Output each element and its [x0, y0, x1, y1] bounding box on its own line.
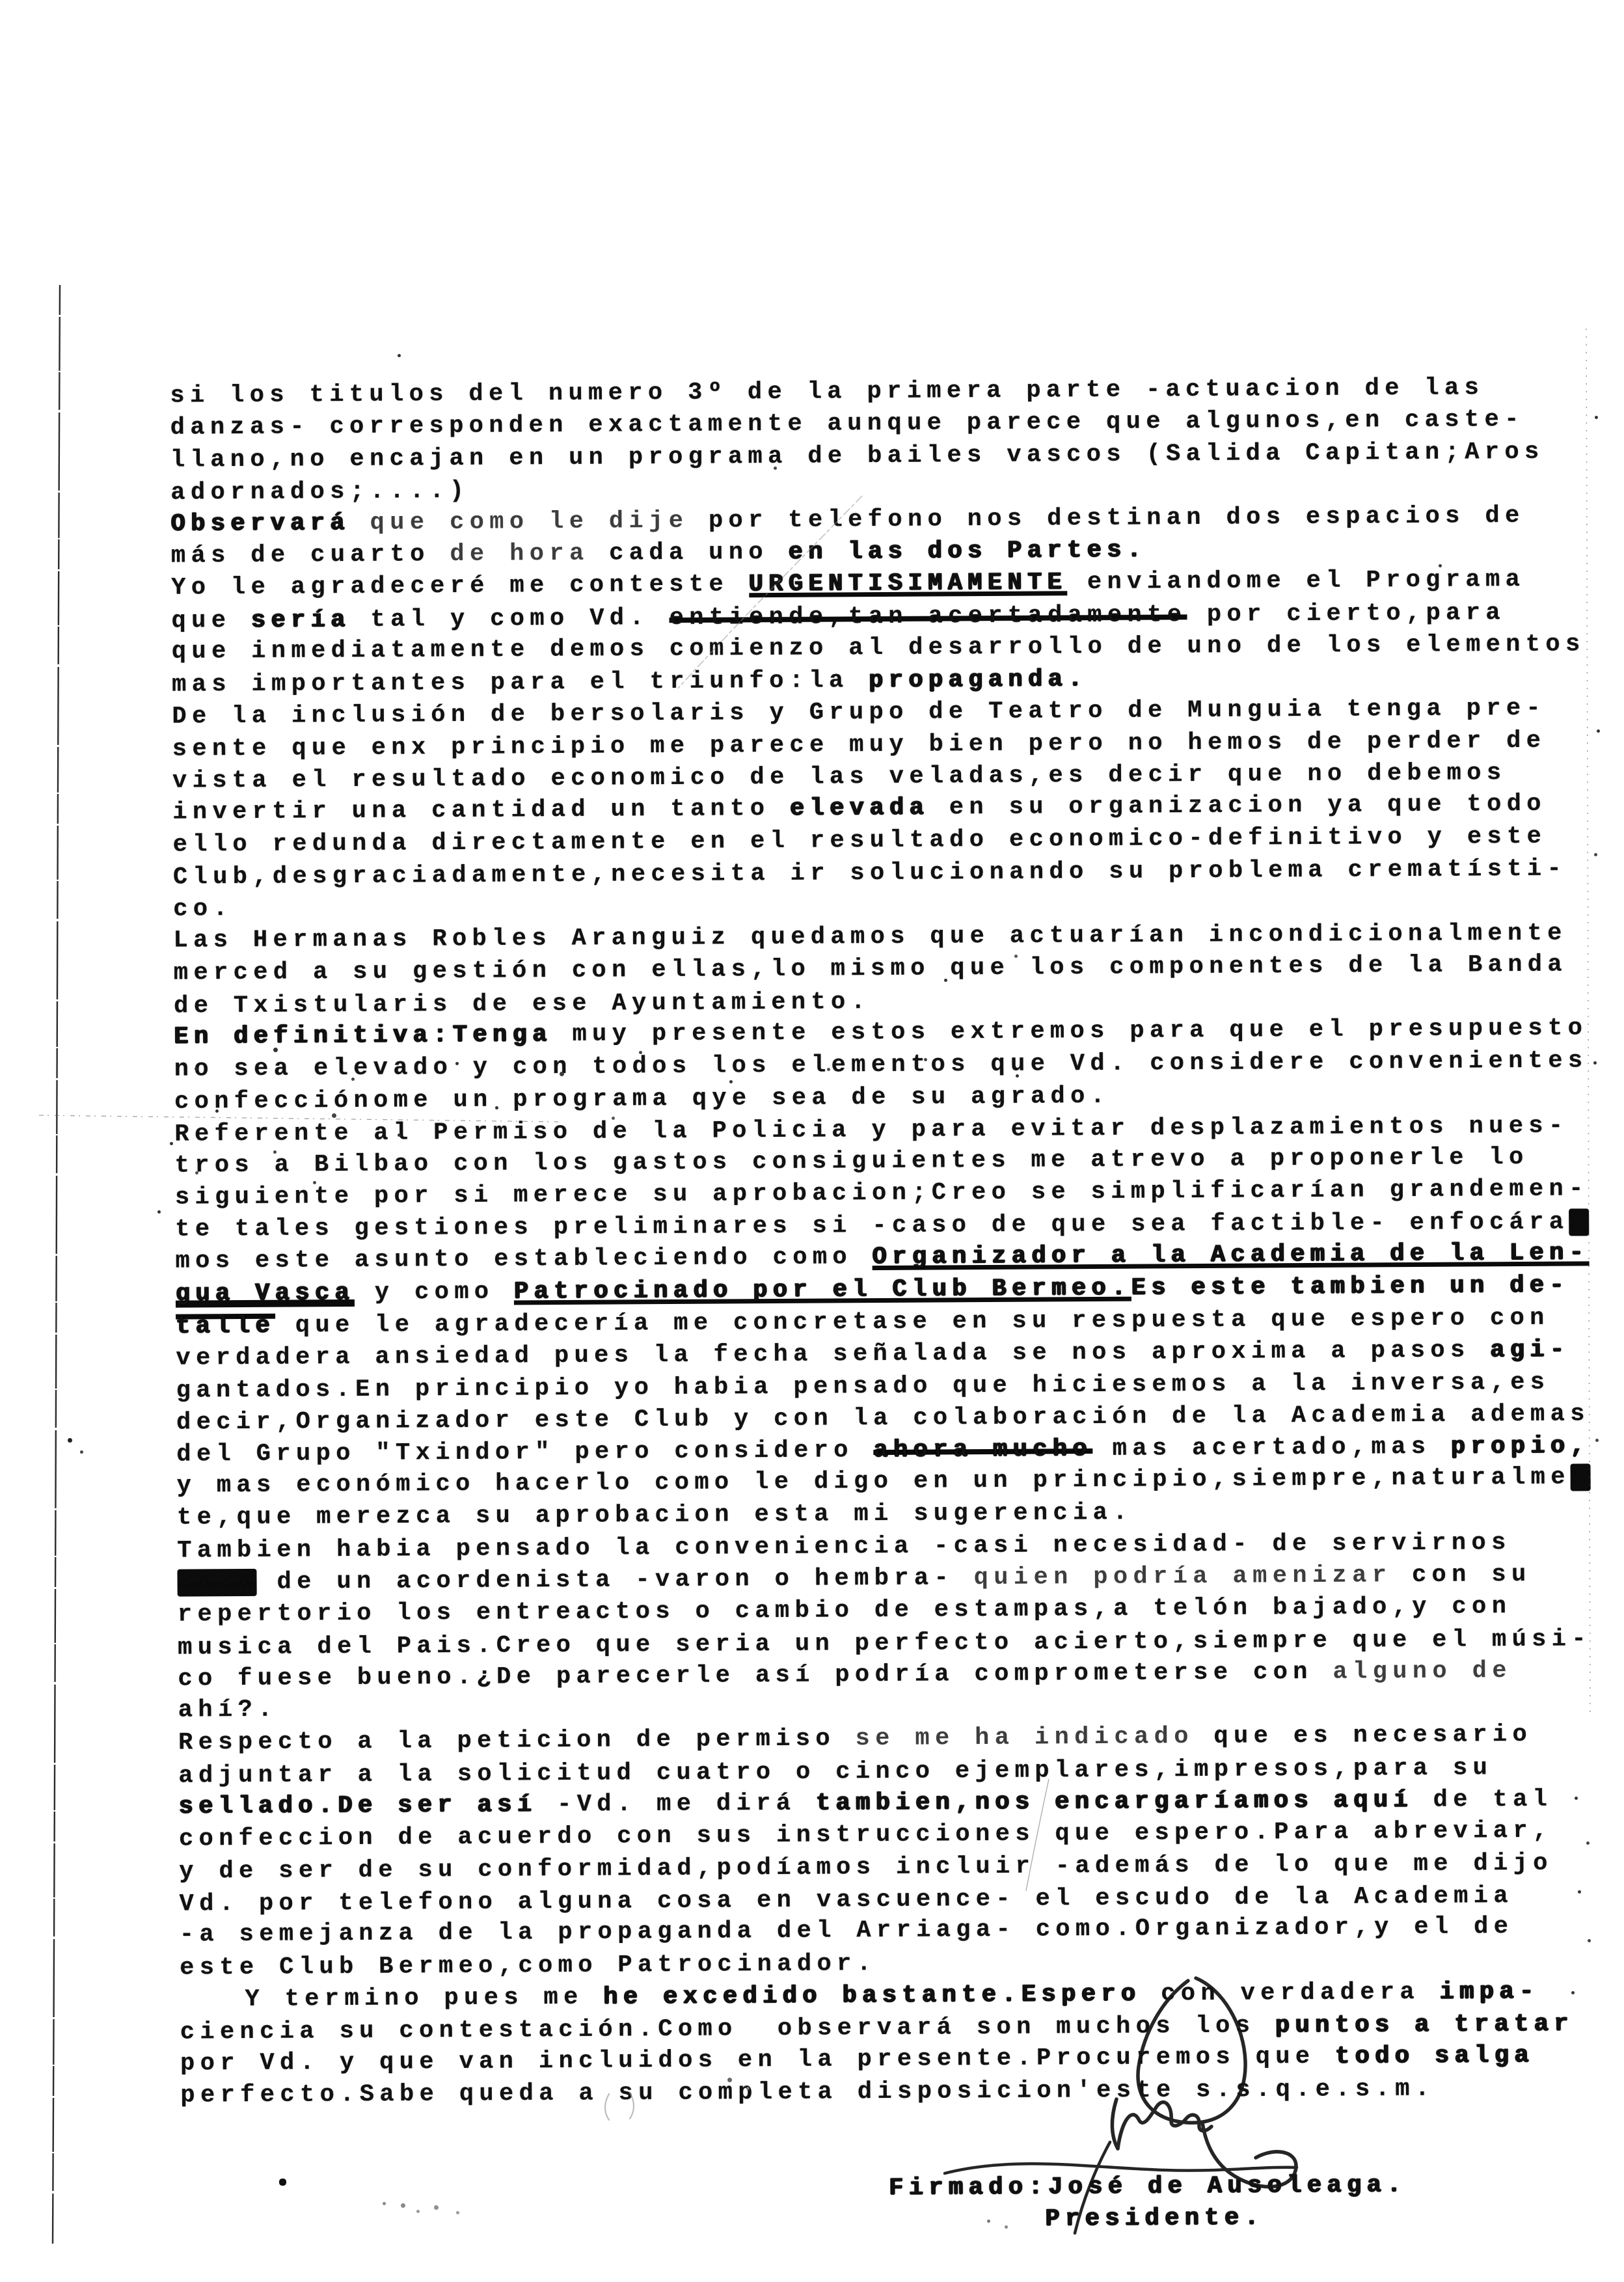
text-segment: Club,desgraciadamente,necesita ir soluci… — [173, 856, 1567, 891]
text-segment: este Club Bermeo,como Patrocinador. — [180, 1950, 876, 1982]
text-line: Firmado:José de Ausoleaga. — [889, 2168, 1595, 2205]
heavy-ink-text: Observará — [171, 509, 351, 538]
text-segment: llano,no encajan en un programa de baile… — [170, 438, 1545, 474]
heavy-ink-text: impa- — [1440, 1978, 1539, 2006]
letter-body: si los titulos del numero 3º de la prime… — [170, 372, 1595, 2240]
text-segment: Tambien habia pensado la conveniencia -c… — [177, 1529, 1511, 1565]
text-segment: co. — [173, 895, 233, 923]
struck-phrase: entiende,tan acertadamente — [670, 601, 1187, 632]
underlined-phrase: Patrocinado por el Club Bermeo. — [514, 1275, 1131, 1306]
text-segment: de tal — [1413, 1786, 1552, 1814]
text-segment: ciencia su contestación.Como observará s… — [180, 2013, 1275, 2046]
redaction-blot: X — [1569, 1208, 1589, 1236]
text-segment: invertir una cantidad un tanto — [172, 795, 790, 826]
scan-speckles — [0, 0, 2, 2]
text-segment: muy presente estos extremos para que el … — [552, 1014, 1588, 1048]
text-segment: verdadera ansiedad pues la fecha señalad… — [176, 1337, 1490, 1372]
underlined-phrase: URGENTISIMAMENTE — [749, 569, 1068, 598]
text-segment: quien podría amenizar — [974, 1562, 1392, 1592]
text-segment: Respecto a la peticion de permiso — [178, 1726, 856, 1757]
text-segment: Y termino pues me — [245, 1983, 603, 2013]
text-segment: más de cuarto — [171, 541, 450, 571]
heavy-ink-text: he excedido bastante.Espero — [603, 1980, 1141, 2011]
struck-phrase: ahora mucho — [873, 1435, 1092, 1464]
text-segment: Referente al Permiso de la Policia y par… — [174, 1113, 1568, 1148]
text-segment: Yo le agradeceré me conteste — [171, 571, 749, 601]
heavy-ink-text: agi- — [1490, 1336, 1570, 1364]
text-segment: que le agradecería me concretase en su r… — [275, 1304, 1550, 1339]
text-segment: de un acordenista -varon o hembra- — [257, 1564, 974, 1596]
text-segment: adjuntar a la solicitud cuatro o cinco e… — [178, 1754, 1493, 1789]
heavy-ink-text: tambien,nos encargaríamos aquí — [816, 1787, 1413, 1817]
heavy-ink-text: Presidente. — [1045, 2204, 1264, 2233]
text-segment: -Vd. me dirá — [537, 1790, 816, 1819]
text-segment: y de ser de su conformidad,podíamos incl… — [179, 1849, 1553, 1885]
underlined-phrase: Organizador a la Academia de la Len- — [873, 1239, 1590, 1271]
text-segment: co fuese bueno.¿De parecerle así podría … — [178, 1659, 1333, 1693]
text-segment: de Txistularis de ese Ayuntamiento. — [174, 988, 871, 1020]
text-segment: que inmediatamente demos comienzo al des… — [172, 631, 1586, 666]
text-segment: con su — [1392, 1561, 1531, 1589]
text-segment: por cierto,para — [1187, 599, 1506, 629]
text-segment: perfecto.Sabe queda a su completa dispos… — [180, 2075, 1435, 2109]
text-segment: danzas- corresponden exactamente aunque … — [170, 406, 1524, 442]
text-segment — [350, 509, 370, 537]
heavy-ink-text: en las dos Partes. — [789, 537, 1147, 566]
text-segment: te tales gestiones preliminares si -caso… — [175, 1208, 1569, 1243]
heavy-ink-text: elevada — [790, 794, 929, 822]
text-segment: por Vd. y que van incluidos en la presen… — [180, 2043, 1335, 2078]
text-segment: Las Hermanas Robles Aranguiz quedamos qu… — [173, 920, 1567, 955]
text-segment: y mas económico hacerlo como le digo en … — [177, 1464, 1571, 1500]
text-segment: mas acertado,mas — [1092, 1433, 1451, 1462]
text-segment: si los titulos del numero 3º de la prime… — [170, 374, 1484, 409]
text-line: Presidente. — [1045, 2200, 1595, 2235]
scanned-letter-page: si los titulos del numero 3º de la prime… — [0, 0, 1624, 2282]
heavy-ink-text: todo salga — [1335, 2042, 1534, 2071]
vertical-fold-line — [53, 285, 60, 2244]
text-segment: merced a su gestión con ellas,lo mismo q… — [174, 951, 1567, 987]
underlined-phrase: gua Vasca — [176, 1279, 355, 1308]
heavy-ink-text: sería — [251, 606, 351, 634]
text-segment: con verdadera — [1141, 1979, 1440, 2008]
text-segment: y como — [355, 1279, 514, 1307]
text-segment: del Grupo "Txindor" pero considero — [176, 1437, 873, 1469]
text-segment: repertorio los entreactos o cambio de es… — [178, 1593, 1512, 1629]
text-segment: de hora — [450, 540, 589, 568]
text-segment: ahí?. — [178, 1696, 278, 1724]
text-segment: alguno de — [1333, 1657, 1512, 1686]
text-segment: te,que merezca su aprobacion esta mi sug… — [177, 1499, 1133, 1532]
text-segment: siguiente por si merece su aprobacion;Cr… — [175, 1176, 1589, 1212]
text-segment: gantados.En principio yo habia pensado q… — [176, 1369, 1550, 1405]
text-segment: que — [171, 607, 251, 635]
text-segment: que es necesario — [1194, 1721, 1533, 1750]
redaction-blot: n — [1571, 1463, 1591, 1491]
text-segment: no sea elevado y con todos los elementos… — [174, 1048, 1588, 1083]
text-segment: se me ha indicado — [855, 1724, 1194, 1753]
text-segment: confeccion de acuerdo con sus instruccio… — [179, 1817, 1553, 1853]
overstruck-word: talle — [176, 1312, 275, 1340]
text-segment: confecciónome un programa qye sea de su … — [174, 1082, 1111, 1115]
heavy-ink-text: puntos a tratar — [1275, 2011, 1574, 2040]
text-segment: que como le dije — [370, 508, 689, 537]
heavy-ink-text: Firmado:José de Ausoleaga. — [889, 2171, 1407, 2202]
text-segment: musica del Pais.Creo que seria un perfec… — [178, 1625, 1591, 1661]
text-segment: sente que enx principio me parece muy bi… — [172, 727, 1547, 763]
text-segment: De la inclusión de bersolaris y Grupo de… — [172, 695, 1546, 731]
text-segment: ello redunda directamente en el resultad… — [173, 823, 1547, 859]
heavy-ink-text: Es este tambien un de- — [1131, 1272, 1570, 1302]
text-segment: mos este asunto estableciendo como — [175, 1243, 872, 1275]
text-segment: por telefono nos destinan dos espacios d… — [688, 502, 1525, 535]
text-segment: enviandome el Programa — [1067, 566, 1525, 596]
heavy-ink-text: propio, — [1451, 1432, 1590, 1460]
heavy-ink-text: En definitiva:Tenga — [174, 1021, 552, 1051]
text-segment: mas importantes para el triunfo:la — [172, 667, 869, 699]
text-segment: tal y como Vd. — [351, 604, 670, 634]
text-segment: adornados;....) — [170, 478, 469, 507]
redaction-blot: xxxx — [177, 1569, 257, 1597]
heavy-ink-text: sellado.De ser así — [179, 1791, 537, 1821]
text-segment: en su organizacion ya que todo — [929, 791, 1547, 822]
text-segment: -a semejanza de la propaganda del Arriag… — [180, 1913, 1514, 1949]
text-segment: cada uno — [589, 539, 788, 567]
heavy-ink-text: propaganda. — [869, 666, 1088, 694]
